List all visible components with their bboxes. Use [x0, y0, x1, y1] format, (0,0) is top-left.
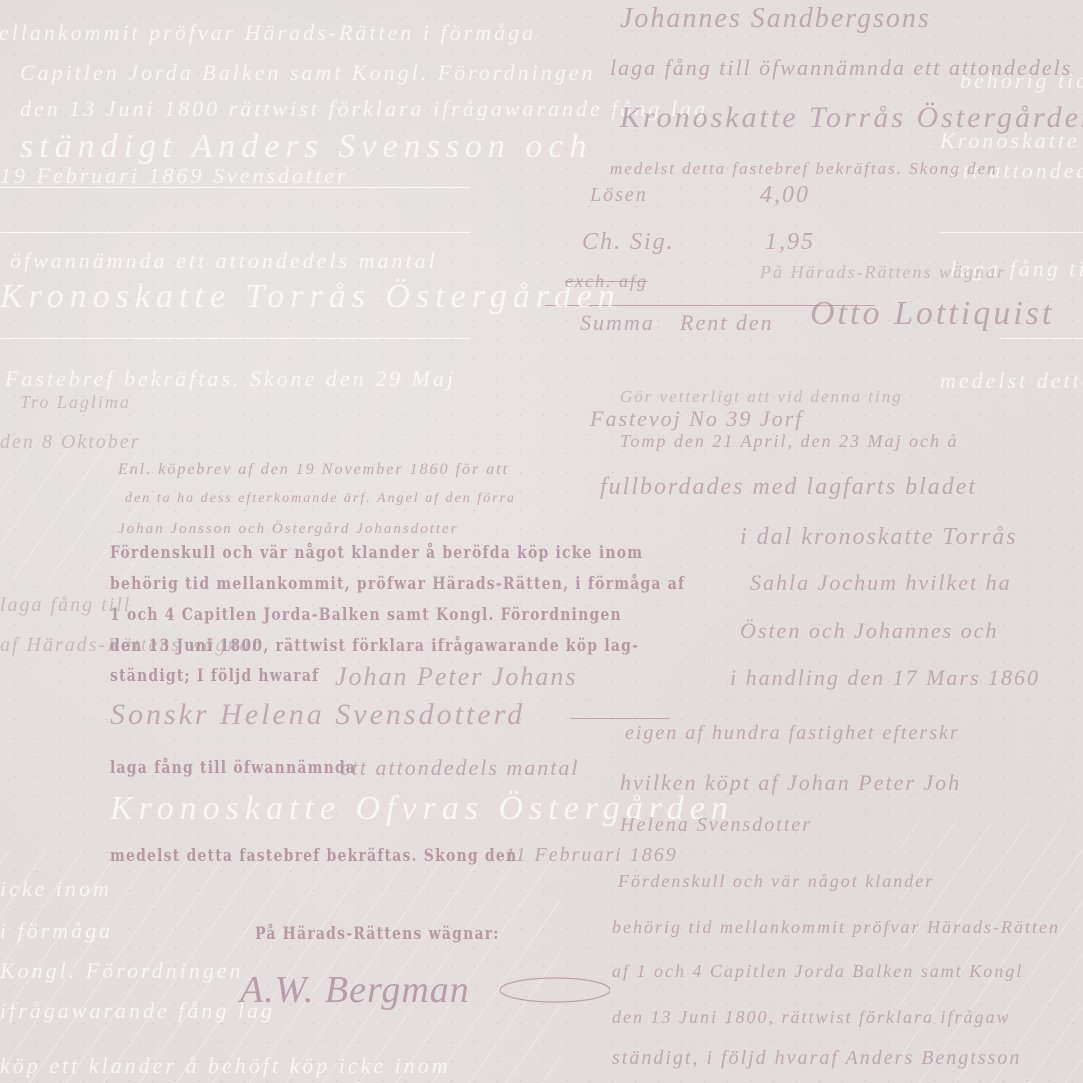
white-rule: [1000, 338, 1083, 339]
handwritten-line: i handling den 17 Mars 1860: [730, 667, 1040, 689]
handwritten-line: Johan Peter Johans: [335, 664, 578, 690]
handwritten-line: behörig tid mellankommit pröfvar Härads-…: [612, 918, 1060, 936]
white-rule: [0, 338, 470, 339]
handwritten-line: Summa: [580, 312, 655, 334]
handwritten-line: i dal kronoskatte Torrås: [740, 525, 1018, 549]
printed-line: På Härads-Rättens wägnar:: [255, 926, 500, 943]
handwritten-line: laga fång till öfwannämnda ett attondede…: [610, 57, 1072, 79]
handwritten-line: hvilken köpt af Johan Peter Joh: [620, 772, 961, 794]
printed-line: Fördenskull och vär något klander å berö…: [110, 545, 643, 562]
handwritten-line: Tro Laglima: [20, 393, 131, 411]
handwritten-line: Rent den: [680, 312, 774, 334]
handwritten-line: laga fång till: [0, 595, 131, 615]
overlay-line: ständigt Anders Svensson och: [20, 130, 593, 164]
struck-text: exch. afg: [565, 272, 648, 290]
white-rule: [0, 232, 470, 233]
handwritten-line: Lösen: [590, 185, 648, 205]
overlay-hatch: [900, 820, 1083, 1083]
handwritten-line: Sahla Jochum hvilket ha: [750, 572, 1012, 594]
handwritten-line: den ta ha dess efterkomande ärf. Angel a…: [125, 492, 516, 506]
printed-line: behörig tid mellankommit, pröfwar Härads…: [110, 576, 685, 593]
printed-line: medelst detta fastebref bekräftas. Skong…: [110, 848, 517, 865]
handwritten-line: ständigt, i följd hvaraf Anders Bengtsso…: [612, 1048, 1021, 1068]
printed-line: 1 och 4 Capitlen Jorda-Balken samt Kongl…: [110, 607, 622, 624]
overlay-line: Kronoskatte Torrås Östergården: [0, 280, 621, 314]
handwritten-line: Otto Lottiquist: [810, 297, 1054, 331]
handwritten-line: Gör vetterligt att vid denna ting: [620, 388, 903, 405]
handwritten-line: 11 Februari 1869: [505, 845, 678, 865]
handwritten-line: Enl. köpebrev af den 19 November 1860 fö…: [118, 462, 509, 478]
overlay-line: den 13 Juni 1800 rättwist förklara ifråg…: [20, 98, 708, 120]
svg-text:A.W. Bergman: A.W. Bergman: [237, 969, 470, 1011]
handwritten-line: ett attondedels mantal: [340, 757, 580, 779]
overlay-line: medelst detta: [940, 370, 1083, 392]
signature: A.W. Bergman: [210, 960, 610, 1020]
handwritten-line: Johannes Sandbergsons: [620, 5, 931, 33]
handwritten-line: Fastevoj No 39 Jorf: [590, 408, 803, 430]
overlay-line: mellankommit pröfvar Härads-Rätten i för…: [0, 22, 536, 44]
handwritten-line: Helena Svensdotter: [620, 815, 812, 835]
overlay-line: Capitlen Jorda Balken samt Kongl. Förord…: [20, 62, 596, 84]
handwritten-line: af 1 och 4 Capitlen Jorda Balken samt Ko…: [612, 962, 1023, 980]
handwritten-line: den 13 Juni 1800, rättwist förklara ifrå…: [612, 1008, 1011, 1026]
handwritten-line: den 8 Oktober: [0, 432, 140, 452]
printed-line: laga fång till öfwannämnda: [110, 760, 356, 777]
fee-value: 4,00: [760, 183, 810, 207]
handwritten-line: Kronoskatte Torrås Östergården: [620, 103, 1083, 133]
handwritten-line: Östen och Johannes och: [740, 620, 998, 642]
fee-value: 1,95: [765, 230, 815, 254]
handwritten-line: fullbordades med lagfarts bladet: [600, 475, 977, 499]
handwritten-line: Ch. Sig.: [582, 230, 675, 254]
handwritten-line: På Härads-Rättens wägnar: [760, 263, 1006, 281]
white-rule: [940, 232, 1083, 233]
mauve-rule: [570, 718, 670, 719]
handwritten-line: eigen af hundra fastighet efterskr: [625, 723, 960, 743]
overlay-line: Fastebref bekräftas. Skone den 29 Maj: [5, 368, 456, 390]
overlay-line: 19 Februari 1869 Svensdotter: [0, 165, 349, 187]
overlay-line: öfwannämnda ett attondedels mantal: [10, 250, 438, 272]
handwritten-line: Johan Jonsson och Östergård Johansdotter: [118, 522, 459, 537]
printed-line: ständigt; I följd hwaraf: [110, 668, 319, 685]
signature-flourish-icon: A.W. Bergman: [210, 960, 610, 1020]
handwritten-line: Tomp den 21 April, den 23 Maj och å: [620, 432, 959, 450]
handwritten-line: Sonskr Helena Svensdotterd: [110, 700, 525, 730]
handwritten-line: medelst detta fastebref bekräftas. Skong…: [610, 160, 998, 177]
handwritten-line: Fördenskull och vär något klander: [618, 872, 934, 890]
handwritten-line: af Härads-Rättens wägnar: [0, 635, 261, 655]
